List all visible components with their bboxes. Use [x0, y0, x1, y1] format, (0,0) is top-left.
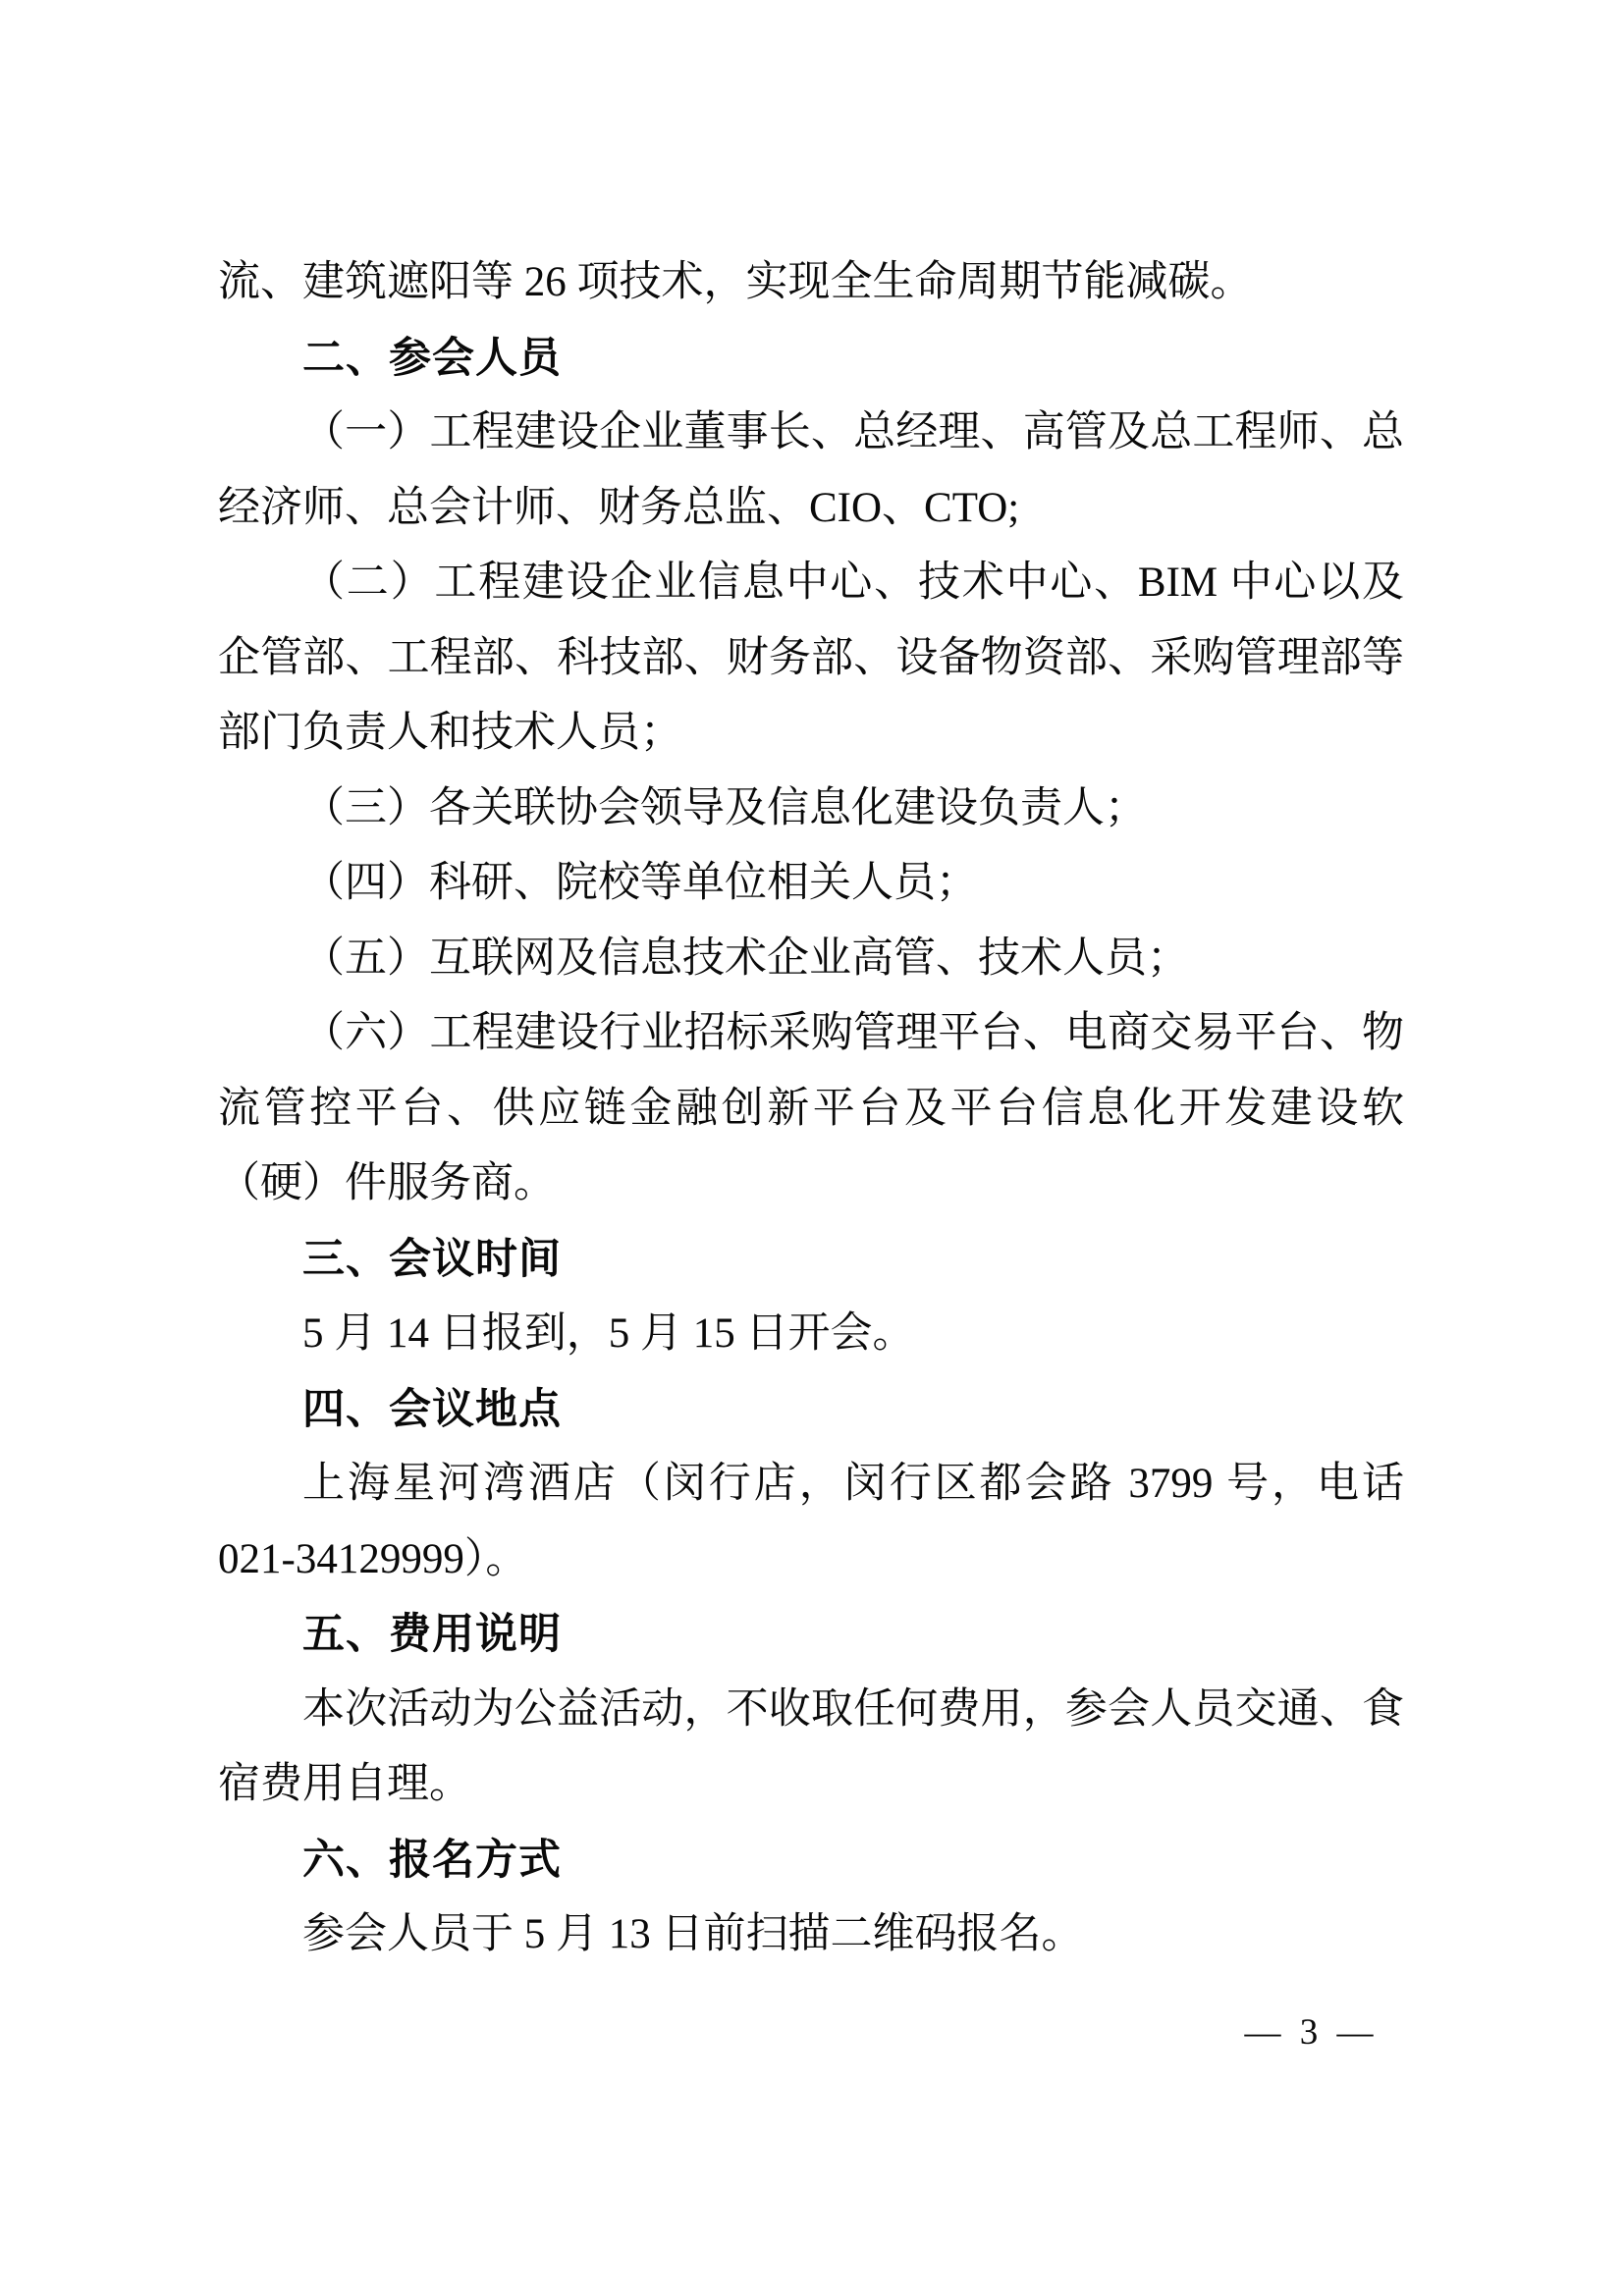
document-page: 流、建筑遮阳等 26 项技术，实现全生命周期节能减碳。 二、参会人员 （一）工程…	[0, 0, 1624, 2296]
paragraph: 上海星河湾酒店（闵行店，闵行区都会路 3799 号，电话 021-3412999…	[218, 1447, 1404, 1597]
paragraph: （一）工程建设企业董事长、总经理、高管及总工程师、总经济师、总会计师、财务总监、…	[218, 396, 1404, 546]
page-number: — 3 —	[1225, 2009, 1392, 2056]
paragraph: （三）各关联协会领导及信息化建设负责人；	[218, 772, 1404, 847]
section-heading: 五、费用说明	[218, 1597, 1404, 1673]
paragraph: （五）互联网及信息技术企业高管、技术人员；	[218, 922, 1404, 997]
paragraph: （二）工程建设企业信息中心、技术中心、BIM 中心以及企管部、工程部、科技部、财…	[218, 546, 1404, 772]
document-body: 流、建筑遮阳等 26 项技术，实现全生命周期节能减碳。 二、参会人员 （一）工程…	[218, 245, 1404, 1973]
paragraph: 流、建筑遮阳等 26 项技术，实现全生命周期节能减碳。	[218, 245, 1404, 321]
section-heading: 三、会议时间	[218, 1222, 1404, 1298]
paragraph: 本次活动为公益活动，不收取任何费用，参会人员交通、食宿费用自理。	[218, 1673, 1404, 1823]
section-heading: 六、报名方式	[218, 1823, 1404, 1898]
section-heading: 二、参会人员	[218, 321, 1404, 397]
paragraph: 参会人员于 5 月 13 日前扫描二维码报名。	[218, 1897, 1404, 1973]
section-heading: 四、会议地点	[218, 1372, 1404, 1448]
paragraph: （四）科研、院校等单位相关人员；	[218, 846, 1404, 922]
paragraph: （六）工程建设行业招标采购管理平台、电商交易平台、物流管控平台、供应链金融创新平…	[218, 996, 1404, 1222]
paragraph: 5 月 14 日报到，5 月 15 日开会。	[218, 1297, 1404, 1372]
